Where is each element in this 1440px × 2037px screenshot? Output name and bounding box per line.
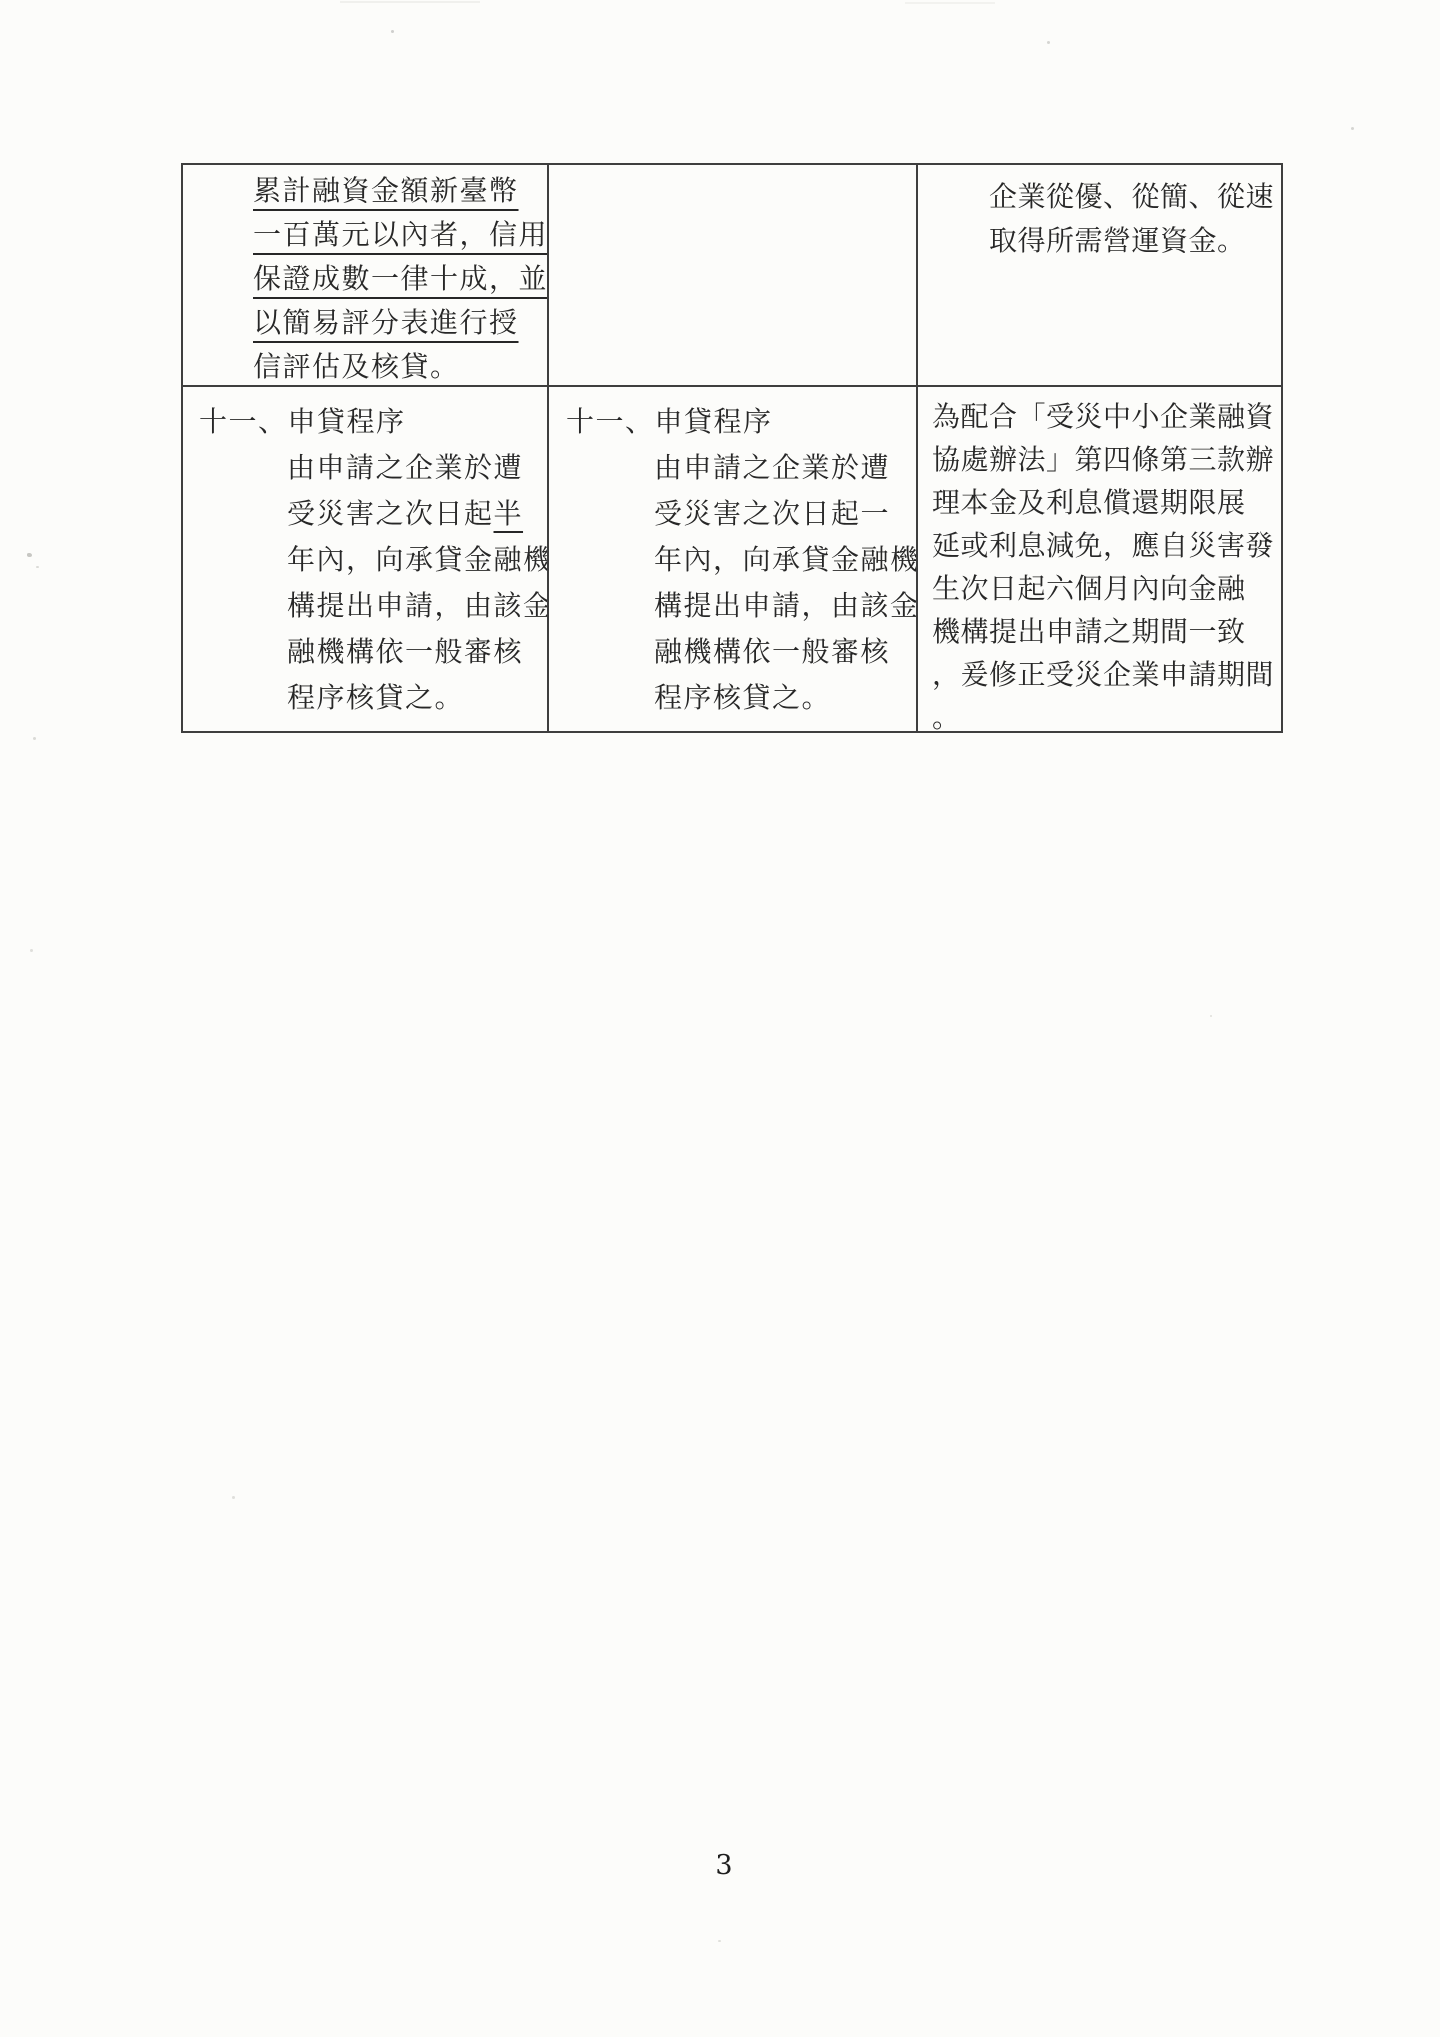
scan-speck [232, 1496, 235, 1499]
text-line: 由申請之企業於遭 [287, 445, 547, 491]
text-line: 機構提出申請之期間一致 [932, 610, 1281, 653]
text-line: ，爰修正受災企業申請期間 [932, 653, 1281, 696]
clause-body-current: 由申請之企業於遭受災害之次日起一年內，向承貸金融機構提出申請，由該金融機構依一般… [654, 445, 916, 721]
text-line: 一百萬元以內者，信用 [253, 213, 547, 257]
text-line: 年內，向承貸金融機 [654, 537, 916, 583]
text-line: 程序核貸之。 [654, 675, 916, 721]
comparison-table: 累計融資金額新臺幣一百萬元以內者，信用保證成數一律十成，並以簡易評分表進行授信評… [181, 163, 1283, 733]
scan-speck [718, 1940, 721, 1942]
text-line: 保證成數一律十成，並 [253, 257, 547, 301]
table-cell-row2-explanation: 為配合「受災中小企業融資協處辦法」第四條第三款辦理本金及利息償還期限展延或利息減… [918, 387, 1281, 731]
scan-speck [1210, 1015, 1212, 1017]
scan-speck [391, 30, 394, 33]
text-line: 累計融資金額新臺幣 [253, 169, 547, 213]
scan-speck [33, 737, 36, 740]
table-cell-row2-current-provision: 十一、申貸程序 由申請之企業於遭受災害之次日起一年內，向承貸金融機構提出申請，由… [549, 387, 918, 731]
document-page: { "page": { "number": "3" }, "table": { … [0, 0, 1440, 2037]
text-line: 構提出申請，由該金 [287, 583, 547, 629]
page-number: 3 [0, 1850, 1440, 1881]
table-cell-row2-amended-provision: 十一、申貸程序 由申請之企業於遭受災害之次日起半年內，向承貸金融機構提出申請，由… [183, 387, 549, 731]
scan-speck [36, 566, 39, 568]
text-line: 為配合「受災中小企業融資 [932, 395, 1281, 438]
text-line: 構提出申請，由該金 [654, 583, 916, 629]
text-line: 信評估及核貸。 [253, 345, 547, 387]
text-line: 生次日起六個月內向金融 [932, 567, 1281, 610]
text-line: 年內，向承貸金融機 [287, 537, 547, 583]
table-cell-row1-explanation: 企業從優、從簡、從速取得所需營運資金。 [918, 165, 1281, 387]
text-line: 。 [932, 696, 1281, 731]
text-line: 以簡易評分表進行授 [253, 301, 547, 345]
scan-speck [1047, 41, 1050, 44]
clause-heading-amended: 十一、申貸程序 [199, 399, 547, 445]
text-line: 程序核貸之。 [287, 675, 547, 721]
text-line: 受災害之次日起半 [287, 491, 547, 537]
clause-body-amended: 由申請之企業於遭受災害之次日起半年內，向承貸金融機構提出申請，由該金融機構依一般… [287, 445, 547, 721]
text-line: 融機構依一般審核 [287, 629, 547, 675]
table-cell-row1-amended-provision: 累計融資金額新臺幣一百萬元以內者，信用保證成數一律十成，並以簡易評分表進行授信評… [183, 165, 549, 387]
text-line: 由申請之企業於遭 [654, 445, 916, 491]
text-line: 融機構依一般審核 [654, 629, 916, 675]
table-cell-row1-current-provision-empty [549, 165, 918, 387]
scan-speck [27, 553, 32, 557]
text-line: 理本金及利息償還期限展 [932, 481, 1281, 524]
text-line: 延或利息減免，應自災害發 [932, 524, 1281, 567]
scan-speck [905, 2, 995, 4]
underlined-text: 半 [494, 497, 524, 530]
scan-speck [340, 1, 480, 3]
text-line: 協處辦法」第四條第三款辦 [932, 438, 1281, 481]
text-line: 受災害之次日起一 [654, 491, 916, 537]
text-line: 取得所需營運資金。 [989, 219, 1281, 263]
scan-speck [30, 949, 33, 952]
clause-heading-current: 十一、申貸程序 [566, 399, 916, 445]
text-line: 企業從優、從簡、從速 [989, 175, 1281, 219]
scan-speck [1351, 127, 1354, 130]
